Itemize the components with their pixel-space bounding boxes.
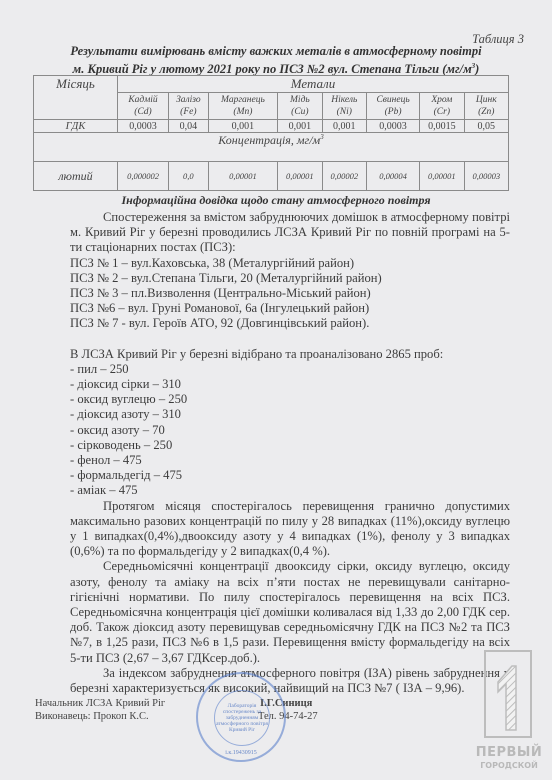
executor-label: Виконавець: Прокоп К.С. bbox=[35, 711, 149, 722]
head-label: Начальник ЛСЗА Кривий Ріг bbox=[35, 698, 165, 709]
samples-list: - пил – 250- діоксид сірки – 310- оксид … bbox=[70, 362, 510, 499]
info-body: Спостереження за вмістом забруднюючих до… bbox=[70, 210, 510, 696]
metal-header: Цинк(Zn) bbox=[464, 93, 508, 120]
sample-item: - фенол – 475 bbox=[70, 453, 510, 468]
concentration-value: 0,00004 bbox=[367, 162, 420, 191]
exceed-paragraph: Протягом місяця спостерігалось перевищен… bbox=[70, 499, 510, 560]
concentration-value: 0,000002 bbox=[118, 162, 169, 191]
gdk-value: 0,001 bbox=[322, 120, 366, 133]
gdk-value: 0,04 bbox=[169, 120, 209, 133]
gdk-value: 0,0003 bbox=[118, 120, 169, 133]
concentration-value: 0,00001 bbox=[420, 162, 464, 191]
sample-item: - сірководень – 250 bbox=[70, 438, 510, 453]
concentration-value: 0,0 bbox=[169, 162, 209, 191]
logo-one-icon bbox=[496, 664, 518, 732]
intro-paragraph: Спостереження за вмістом забруднюючих до… bbox=[70, 210, 510, 256]
metal-header: Кадмій(Cd) bbox=[118, 93, 169, 120]
metal-header: Марганець(Mn) bbox=[208, 93, 277, 120]
average-paragraph: Середньомісячні концентрації двооксиду с… bbox=[70, 559, 510, 665]
metal-header: Свинець(Pb) bbox=[367, 93, 420, 120]
post-item: ПСЗ № 1 – вул.Каховська, 38 (Металургійн… bbox=[70, 256, 510, 271]
metal-header: Хром(Cr) bbox=[420, 93, 464, 120]
month-label: лютий bbox=[34, 162, 118, 191]
sample-item: - діоксид сірки – 310 bbox=[70, 377, 510, 392]
concentration-label: Концентрація, мг/м3 bbox=[34, 133, 509, 162]
sample-item: - формальдегід – 475 bbox=[70, 468, 510, 483]
gdk-value: 0,001 bbox=[208, 120, 277, 133]
concentration-value: 0,00003 bbox=[464, 162, 508, 191]
watermark-logo: ПЕРВЫЙ ГОРОДСКОЙ bbox=[474, 650, 544, 775]
month-header: Місяць bbox=[34, 76, 118, 120]
sample-item: - аміак – 475 bbox=[70, 483, 510, 498]
sample-item: - діоксид азоту – 310 bbox=[70, 407, 510, 422]
document-page: Таблиця 3 Результати вимірювань вмісту в… bbox=[0, 0, 552, 780]
gdk-row: ГДК 0,00030,040,0010,0010,0010,00030,001… bbox=[34, 120, 509, 133]
gdk-value: 0,0015 bbox=[420, 120, 464, 133]
metal-header: Залізо(Fe) bbox=[169, 93, 209, 120]
info-title: Інформаційна довідка щодо стану атмосфер… bbox=[0, 193, 552, 208]
gdk-value: 0,001 bbox=[278, 120, 322, 133]
concentration-value: 0,00001 bbox=[208, 162, 277, 191]
post-item: ПСЗ № 7 - вул. Героїв АТО, 92 (Довгинців… bbox=[70, 316, 510, 331]
sample-item: - оксид вуглецю – 250 bbox=[70, 392, 510, 407]
watermark-line2: ГОРОДСКОЙ bbox=[474, 761, 544, 770]
sample-item: - оксид азоту – 70 bbox=[70, 423, 510, 438]
month-row: лютий 0,0000020,00,000010,000010,000020,… bbox=[34, 162, 509, 191]
posts-list: ПСЗ № 1 – вул.Каховська, 38 (Металургійн… bbox=[70, 256, 510, 332]
concentration-value: 0,00002 bbox=[322, 162, 366, 191]
post-item: ПСЗ № 2 – вул.Степана Тільги, 20 (Металу… bbox=[70, 271, 510, 286]
stamp-id: і.к.19430915 bbox=[198, 750, 284, 756]
gdk-value: 0,05 bbox=[464, 120, 508, 133]
concentration-value: 0,00001 bbox=[278, 162, 322, 191]
metal-header: Мідь(Cu) bbox=[278, 93, 322, 120]
gdk-value: 0,0003 bbox=[367, 120, 420, 133]
official-stamp: Лабораторія спостережень за забрудненням… bbox=[196, 672, 286, 762]
metals-table: Місяць Метали Кадмій(Cd)Залізо(Fe)Марган… bbox=[33, 75, 509, 191]
post-item: ПСЗ №6 – вул. Груні Романової, 6а (Інгул… bbox=[70, 301, 510, 316]
iza-paragraph: За індексом забруднення атмосферного пов… bbox=[70, 666, 510, 696]
samples-intro: В ЛСЗА Кривий Ріг у березні відібрано та… bbox=[70, 347, 510, 362]
table-title-line1: Результати вимірювань вмісту важких мета… bbox=[0, 44, 552, 59]
metal-header: Нікель(Ni) bbox=[322, 93, 366, 120]
watermark-line1: ПЕРВЫЙ bbox=[474, 745, 544, 760]
stamp-inner-text: Лабораторія спостережень за забрудненням… bbox=[214, 690, 270, 746]
metals-header: Метали bbox=[118, 76, 509, 93]
sample-item: - пил – 250 bbox=[70, 362, 510, 377]
post-item: ПСЗ № 3 – пл.Визволення (Центрально-Місь… bbox=[70, 286, 510, 301]
gdk-label: ГДК bbox=[34, 120, 118, 133]
